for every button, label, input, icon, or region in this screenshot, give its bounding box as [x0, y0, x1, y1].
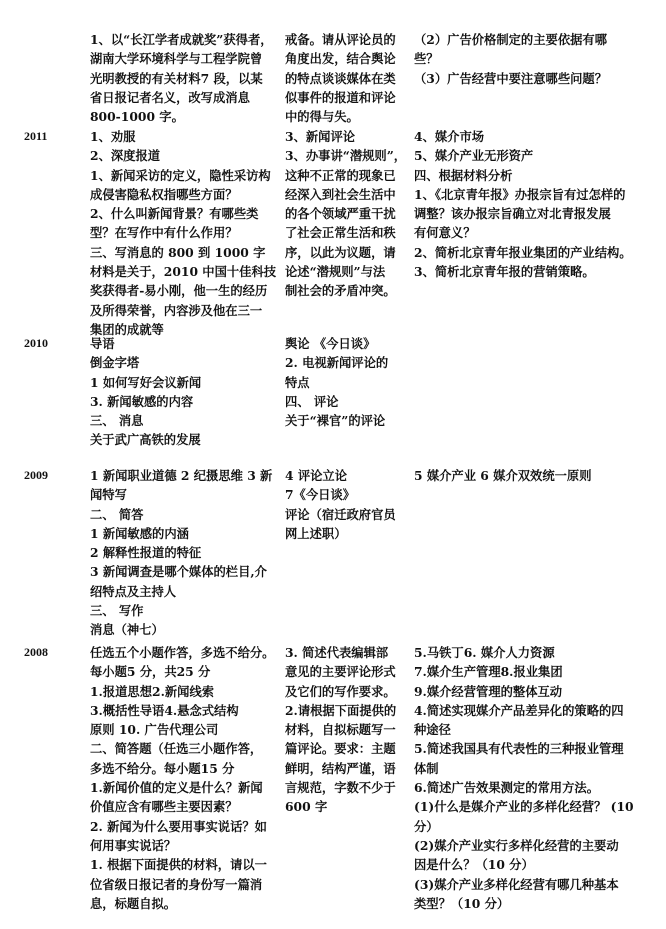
text-line: 序，以此为议题，请 [285, 243, 409, 262]
text-line: 特点 [285, 373, 409, 392]
text-line: 3、简析北京青年报的营销策略。 [414, 262, 650, 281]
text-line: 材料，自拟标题写一 [285, 720, 409, 739]
text-line: 型？在写作中有什么作用？ [90, 223, 280, 242]
text-line: 似事件的报道和评论 [285, 88, 409, 107]
text-line: 评论（宿迁政府官员 [285, 505, 409, 524]
text-line: 种途径 [414, 720, 650, 739]
commentary-column: 4 评论立论7《今日谈》评论（宿迁政府官员网上述职） [285, 466, 409, 543]
text-line: 角度出发，结合舆论 [285, 49, 409, 68]
text-line: 关于“裸官”的评论 [285, 411, 409, 430]
text-line: 6.简述广告效果测定的常用方法。 [414, 778, 650, 797]
text-line: 2 解释性报道的特征 [90, 543, 280, 562]
text-line: 3、新闻评论 [285, 127, 409, 146]
text-line: 关于武广高铁的发展 [90, 430, 280, 449]
text-line: 中的得与失。 [285, 107, 409, 126]
topics-column: 任选五个小题作答，多选不给分。每小题5 分，共25 分1.报道思想2.新闻线索3… [90, 643, 280, 913]
text-line: 价值应含有哪些主要因素？ [90, 797, 280, 816]
text-line: 4、媒介市场 [414, 127, 650, 146]
text-line: 5.简述我国具有代表性的三种报业管理 [414, 739, 650, 758]
text-line: 类型？（10 分） [414, 894, 650, 913]
text-line: 戒备。请从评论员的 [285, 30, 409, 49]
text-line: 网上述职） [285, 524, 409, 543]
text-line: 三、 写作 [90, 601, 280, 620]
text-line: 息，标题自拟。 [90, 894, 280, 913]
text-line: 5 媒介产业 6 媒介双效统一原则 [414, 466, 650, 485]
text-line: 9.媒介经营管理的整体互动 [414, 682, 650, 701]
text-line: 经深入到社会生活中 [285, 185, 409, 204]
text-line: 2.请根据下面提供的 [285, 701, 409, 720]
text-line: 的各个领域严重干扰 [285, 204, 409, 223]
text-line: 鲜明，结构严谨，语 [285, 759, 409, 778]
text-line: 1.新闻价值的定义是什么？新闻 [90, 778, 280, 797]
text-line: 3.概括性导语4.悬念式结构 [90, 701, 280, 720]
year-label: 2010 [24, 334, 48, 353]
text-line: 三、 消息 [90, 411, 280, 430]
media-management-column: 4、媒介市场5、媒介产业无形资产四、根据材料分析1、《北京青年报》办报宗旨有过怎… [414, 127, 650, 281]
text-line: 及它们的写作要求。 [285, 682, 409, 701]
text-line: 5.马铁丁6. 媒介人力资源 [414, 643, 650, 662]
text-line: 1、劝服 [90, 127, 280, 146]
text-line: 导语 [90, 334, 280, 353]
text-line: 闻特写 [90, 485, 280, 504]
text-line: （2）广告价格制定的主要依据有哪 [414, 30, 650, 49]
text-line: 2. 新闻为什么要用事实说话？如 [90, 817, 280, 836]
text-line: 了社会正常生活和秩 [285, 223, 409, 242]
text-line: 2、什么叫新闻背景？有哪些类 [90, 204, 280, 223]
text-line: 1 新闻敏感的内涵 [90, 524, 280, 543]
text-line: 成侵害隐私权指哪些方面？ [90, 185, 280, 204]
text-line: 3. 新闻敏感的内容 [90, 392, 280, 411]
text-line: 800-1000 字。 [90, 107, 280, 126]
text-line: 3 新闻调查是哪个媒体的栏目,介 [90, 562, 280, 581]
text-line: 1、以“长江学者成就奖”获得者， [90, 30, 280, 49]
text-line: 2、简析北京青年报业集团的产业结构。 [414, 243, 650, 262]
text-line: 2、深度报道 [90, 146, 280, 165]
text-line: 4 评论立论 [285, 466, 409, 485]
text-line: 光明教授的有关材料7 段，以某 [90, 69, 280, 88]
commentary-column: 3. 简述代表编辑部意见的主要评论形式及它们的写作要求。2.请根据下面提供的材料… [285, 643, 409, 817]
text-line: 位省级日报记者的身份写一篇消 [90, 875, 280, 894]
topics-column: 1 新闻职业道德 2 纪摄思维 3 新闻特写二、 简答1 新闻敏感的内涵2 解释… [90, 466, 280, 640]
text-line: 二、 简答 [90, 505, 280, 524]
text-line: 5、媒介产业无形资产 [414, 146, 650, 165]
topics-column: 1、以“长江学者成就奖”获得者，湖南大学环境科学与工程学院曾光明教授的有关材料7… [90, 30, 280, 126]
text-line: 7.媒介生产管理8.报业集团 [414, 662, 650, 681]
text-line: 1 新闻职业道德 2 纪摄思维 3 新 [90, 466, 280, 485]
commentary-column: 舆论 《今日谈》2. 电视新闻评论的特点四、 评论关于“裸官”的评论 [285, 334, 409, 430]
text-line: 湖南大学环境科学与工程学院曾 [90, 49, 280, 68]
text-line: 意见的主要评论形式 [285, 662, 409, 681]
media-management-column: 5.马铁丁6. 媒介人力资源7.媒介生产管理8.报业集团9.媒介经营管理的整体互… [414, 643, 650, 913]
text-line: 绍特点及主持人 [90, 582, 280, 601]
text-line: 三、写消息的 800 到 1000 字 [90, 243, 280, 262]
commentary-column: 戒备。请从评论员的角度出发，结合舆论的特点谈谈媒体在类似事件的报道和评论中的得与… [285, 30, 409, 126]
text-line: 消息（神七） [90, 620, 280, 639]
topics-column: 1、劝服2、深度报道1、新闻采访的定义，隐性采访构成侵害隐私权指哪些方面？2、什… [90, 127, 280, 339]
text-line: 舆论 《今日谈》 [285, 334, 409, 353]
text-line: 论述“潜规则”与法 [285, 262, 409, 281]
text-line: （3）广告经营中要注意哪些问题？ [414, 69, 650, 88]
text-line: 制社会的矛盾冲突。 [285, 281, 409, 300]
text-line: 何用事实说话？ [90, 836, 280, 855]
text-line: 600 字 [285, 797, 409, 816]
text-line: 省日报记者名义，改写成消息 [90, 88, 280, 107]
text-line: (1)什么是媒介产业的多样化经营？ (10 [414, 797, 650, 816]
text-line: 奖获得者-易小刚，他一生的经历 [90, 281, 280, 300]
text-line: 些？ [414, 49, 650, 68]
text-line: 有何意义？ [414, 223, 650, 242]
text-line: 1.报道思想2.新闻线索 [90, 682, 280, 701]
text-line: 1. 根据下面提供的材料，请以一 [90, 855, 280, 874]
text-line: 四、根据材料分析 [414, 166, 650, 185]
year-label: 2009 [24, 466, 48, 485]
text-line: (3)媒介产业多样化经营有哪几种基本 [414, 875, 650, 894]
text-line: 3、办事讲“潜规则”， [285, 146, 409, 165]
text-line: 3. 简述代表编辑部 [285, 643, 409, 662]
text-line: 调整？该办报宗旨确立对北青报发展 [414, 204, 650, 223]
year-label: 2011 [24, 127, 47, 146]
text-line: 7《今日谈》 [285, 485, 409, 504]
text-line: 材料是关于，2010 中国十佳科技 [90, 262, 280, 281]
text-line: 多选不给分。每小题15 分 [90, 759, 280, 778]
text-line: 任选五个小题作答，多选不给分。 [90, 643, 280, 662]
text-line: 1 如何写好会议新闻 [90, 373, 280, 392]
text-line: 因是什么？（10 分） [414, 855, 650, 874]
text-line: 原则 10. 广告代理公司 [90, 720, 280, 739]
text-line: 言规范，字数不少于 [285, 778, 409, 797]
text-line: 这种不正常的现象已 [285, 166, 409, 185]
text-line: 篇评论。要求：主题 [285, 739, 409, 758]
text-line: 2. 电视新闻评论的 [285, 353, 409, 372]
media-management-column: （2）广告价格制定的主要依据有哪些？（3）广告经营中要注意哪些问题？ [414, 30, 650, 88]
text-line: 二、简答题（任选三小题作答， [90, 739, 280, 758]
text-line: 体制 [414, 759, 650, 778]
text-line: 的特点谈谈媒体在类 [285, 69, 409, 88]
text-line: 1、新闻采访的定义，隐性采访构 [90, 166, 280, 185]
text-line: 四、 评论 [285, 392, 409, 411]
text-line: 4.简述实现媒介产品差异化的策略的四 [414, 701, 650, 720]
text-line: 及所得荣誉，内容涉及他在三一 [90, 301, 280, 320]
text-line: (2)媒介产业实行多样化经营的主要动 [414, 836, 650, 855]
text-line: 每小题5 分，共25 分 [90, 662, 280, 681]
year-label: 2008 [24, 643, 48, 662]
commentary-column: 3、新闻评论3、办事讲“潜规则”，这种不正常的现象已经深入到社会生活中的各个领域… [285, 127, 409, 301]
topics-column: 导语倒金字塔1 如何写好会议新闻3. 新闻敏感的内容三、 消息关于武广高铁的发展 [90, 334, 280, 450]
text-line: 分） [414, 817, 650, 836]
text-line: 1、《北京青年报》办报宗旨有过怎样的 [414, 185, 650, 204]
text-line: 倒金字塔 [90, 353, 280, 372]
media-management-column: 5 媒介产业 6 媒介双效统一原则 [414, 466, 650, 485]
